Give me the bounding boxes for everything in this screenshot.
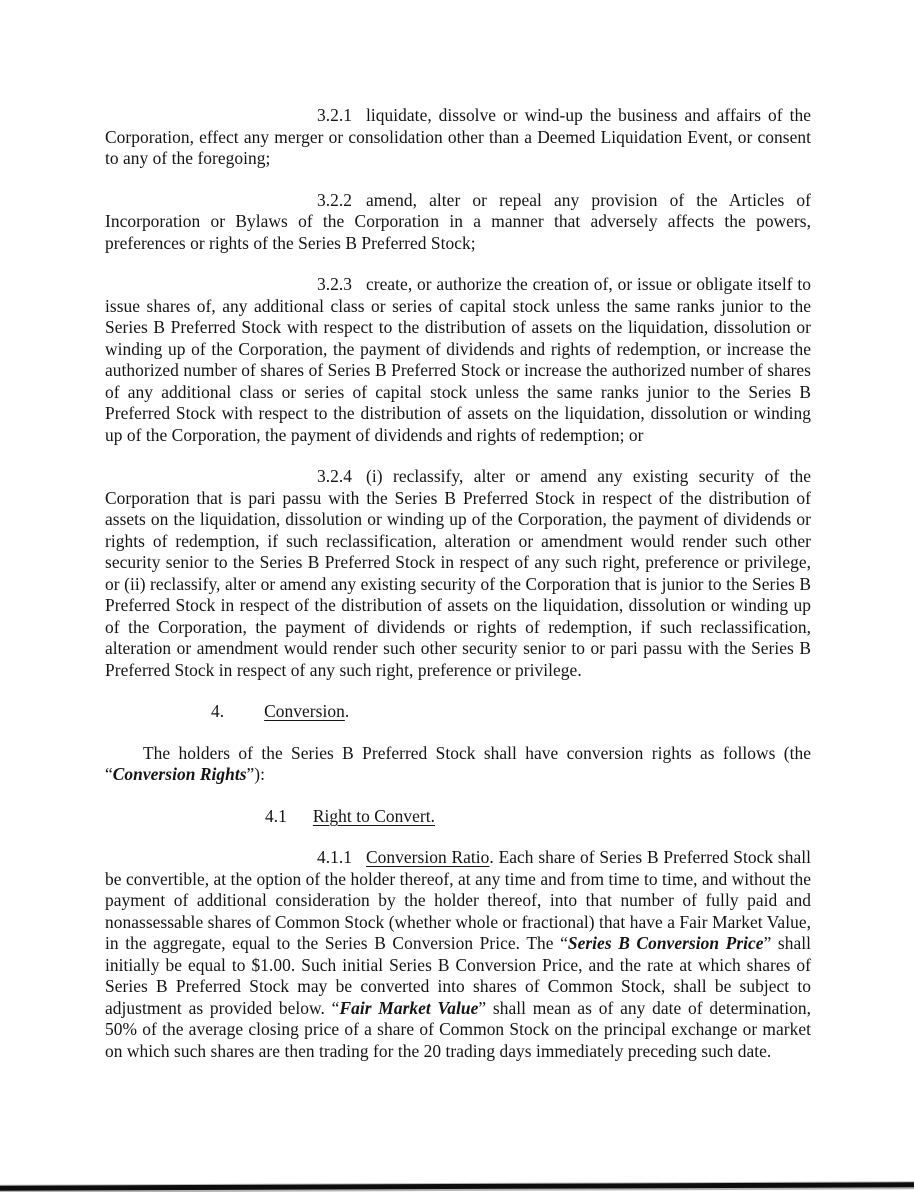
text-run: Conversion Rights <box>113 764 247 784</box>
document-page: 3.2.1liquidate, dissolve or wind-up the … <box>0 0 914 1192</box>
text-run: Conversion Ratio <box>366 847 489 867</box>
clause-number: 4.1 <box>265 806 313 826</box>
clause-number: 4. <box>211 701 264 721</box>
text-run: . <box>345 701 349 721</box>
text-run: Right to Convert. <box>313 806 435 826</box>
text-run: (i) reclassify, alter or amend any exist… <box>105 466 811 680</box>
scan-artifact-bottom-bar <box>0 1182 914 1191</box>
text-run: Fair Market Value <box>339 998 478 1018</box>
text-run: amend, alter or repeal any provision of … <box>105 190 811 253</box>
text-run: liquidate, dissolve or wind-up the busin… <box>105 105 811 168</box>
heading-section-4-conversion: 4.Conversion. <box>211 701 811 723</box>
text-run: create, or authorize the creation of, or… <box>105 274 811 445</box>
heading-4-1-right-to-convert: 4.1Right to Convert. <box>265 806 811 828</box>
clause-number: 3.2.2 <box>317 190 366 210</box>
clause-3-2-3: 3.2.3create, or authorize the creation o… <box>105 274 811 446</box>
clause-number: 4.1.1 <box>317 847 366 867</box>
text-run: Series B Conversion Price <box>568 933 764 953</box>
text-run: ”): <box>247 764 266 784</box>
paragraph-conversion-rights-intro: The holders of the Series B Preferred St… <box>105 743 811 786</box>
document-body: 3.2.1liquidate, dissolve or wind-up the … <box>105 105 811 1062</box>
clause-number: 3.2.1 <box>317 105 366 125</box>
clause-4-1-1-conversion-ratio: 4.1.1Conversion Ratio. Each share of Ser… <box>105 847 811 1062</box>
clause-3-2-2: 3.2.2amend, alter or repeal any provisio… <box>105 190 811 255</box>
text-run: Conversion <box>264 701 345 721</box>
clause-3-2-4: 3.2.4(i) reclassify, alter or amend any … <box>105 466 811 681</box>
clause-number: 3.2.3 <box>317 274 366 294</box>
clause-3-2-1: 3.2.1liquidate, dissolve or wind-up the … <box>105 105 811 170</box>
clause-number: 3.2.4 <box>317 466 366 486</box>
